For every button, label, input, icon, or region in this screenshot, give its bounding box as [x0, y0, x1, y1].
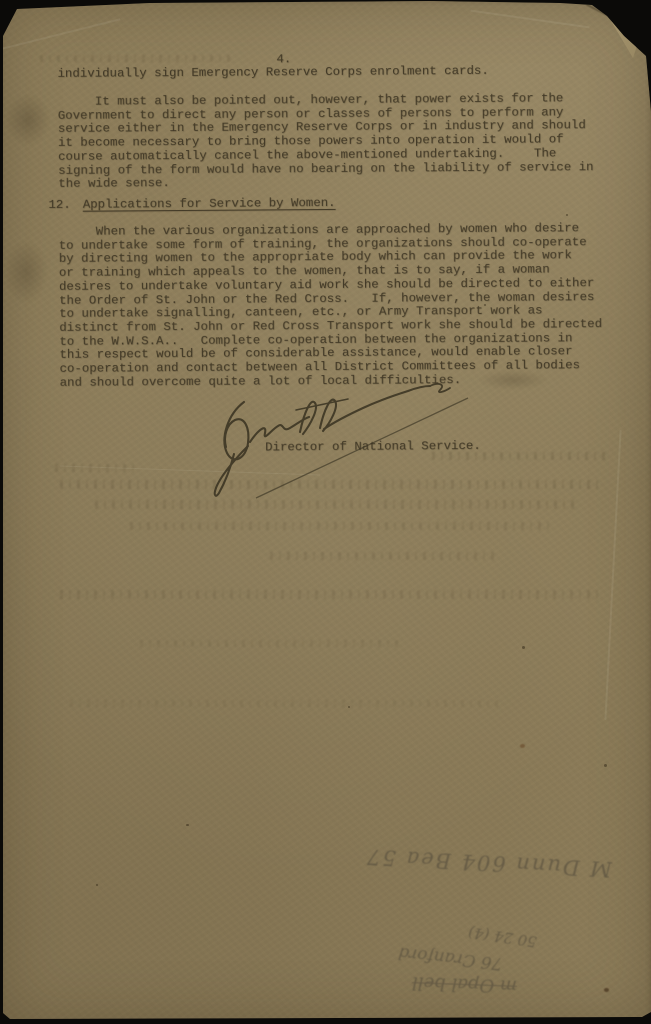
paragraph-power: It must also be pointed out, however, th… [58, 92, 594, 192]
intro-line: individually sign Emergency Reserve Corp… [57, 65, 488, 82]
paper-sheet: 4. individually sign Emergency Reserve C… [0, 0, 651, 1024]
paragraph-women: When the various organizations are appro… [59, 222, 603, 390]
section-number: 12. [48, 199, 70, 213]
pencil-note-inverted: m Opal bell [412, 972, 518, 997]
scanned-page: 4. individually sign Emergency Reserve C… [0, 0, 651, 1024]
section-title: Applications for Service by Women. [83, 197, 336, 212]
section-heading-row: 12. Applications for Service by Women. [48, 197, 335, 213]
ink-signature [200, 372, 490, 507]
